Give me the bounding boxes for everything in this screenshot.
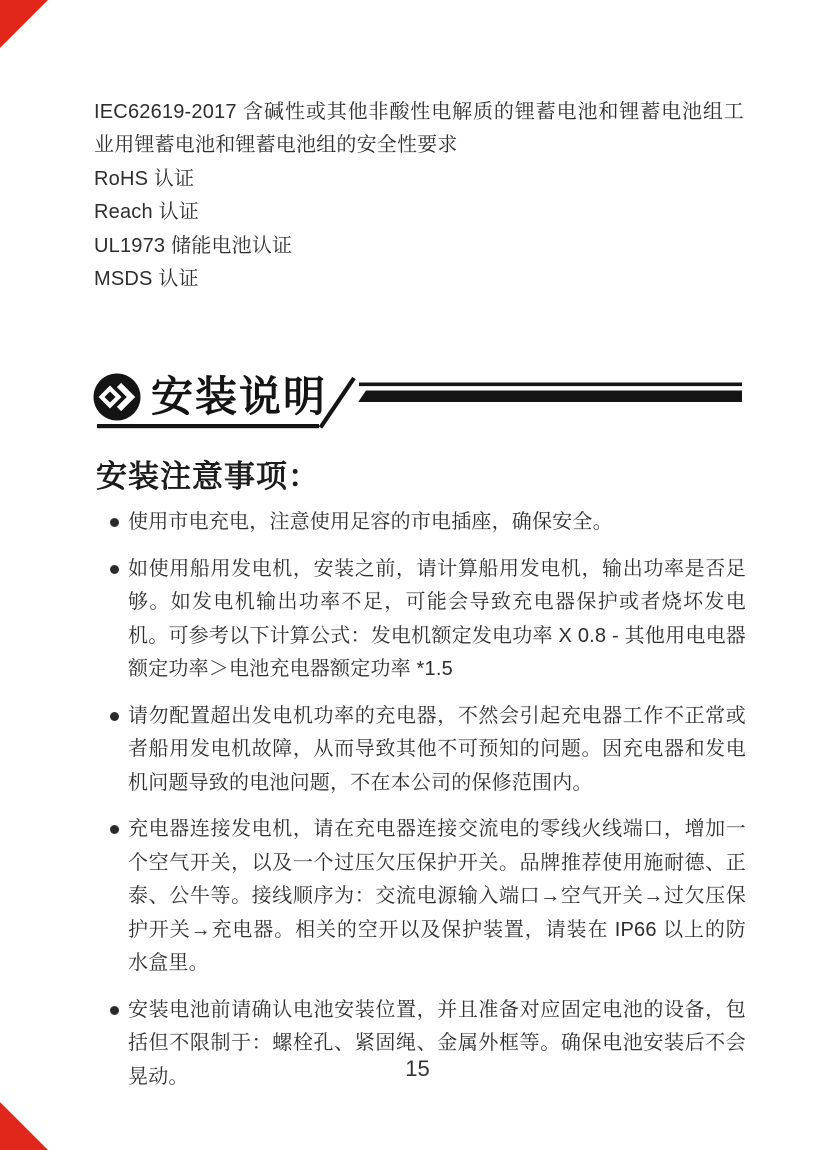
list-item: 如使用船用发电机，安装之前，请计算船用发电机，输出功率是否足够。如发电机输出功率… — [110, 553, 746, 687]
note-text: 充电器连接发电机，请在充电器连接交流电的零线火线端口，增加一个空气开关，以及一个… — [128, 813, 746, 981]
list-item: 请勿配置超出发电机功率的充电器，不然会引起充电器工作不正常或者船用发电机故障，从… — [110, 700, 746, 801]
note-text: 使用市电充电，注意使用足容的市电插座，确保安全。 — [128, 506, 746, 540]
page-number: 15 — [0, 1056, 835, 1082]
certification-item: UL1973 储能电池认证 — [94, 230, 744, 263]
bullet-dot-icon — [110, 712, 119, 721]
certification-item: Reach 认证 — [94, 196, 744, 229]
manual-page: IEC62619-2017 含碱性或其他非酸性电解质的锂蓄电池和锂蓄电池组工业用… — [0, 0, 835, 1150]
bullet-dot-icon — [110, 565, 119, 574]
list-item: 充电器连接发电机，请在充电器连接交流电的零线火线端口，增加一个空气开关，以及一个… — [110, 813, 746, 981]
certification-item: MSDS 认证 — [94, 263, 744, 296]
red-corner-mark-bottom-left — [0, 1102, 48, 1150]
note-text: 如使用船用发电机，安装之前，请计算船用发电机，输出功率是否足够。如发电机输出功率… — [128, 553, 746, 687]
note-text: 请勿配置超出发电机功率的充电器，不然会引起充电器工作不正常或者船用发电机故障，从… — [128, 700, 746, 801]
red-corner-mark-top-left — [0, 0, 48, 48]
certification-item: RoHS 认证 — [94, 163, 744, 196]
skip-forward-diamond-chevron-icon — [94, 374, 141, 421]
bullet-dot-icon — [110, 825, 119, 834]
installation-notes-list: 使用市电充电，注意使用足容的市电插座，确保安全。 如使用船用发电机，安装之前，请… — [110, 506, 746, 1094]
sub-heading: 安装注意事项： — [96, 451, 320, 496]
thin-rule — [359, 383, 742, 387]
certification-block: IEC62619-2017 含碱性或其他非酸性电解质的锂蓄电池和锂蓄电池组工业用… — [94, 96, 744, 296]
certification-paragraph: IEC62619-2017 含碱性或其他非酸性电解质的锂蓄电池和锂蓄电池组工业用… — [94, 96, 744, 163]
thick-bar — [358, 391, 742, 403]
bullet-dot-icon — [110, 1006, 119, 1015]
section-title: 安装说明 — [151, 363, 327, 431]
bullet-dot-icon — [110, 518, 119, 527]
list-item: 使用市电充电，注意使用足容的市电插座，确保安全。 — [110, 506, 746, 540]
section-banner: 安装说明 — [85, 363, 745, 435]
